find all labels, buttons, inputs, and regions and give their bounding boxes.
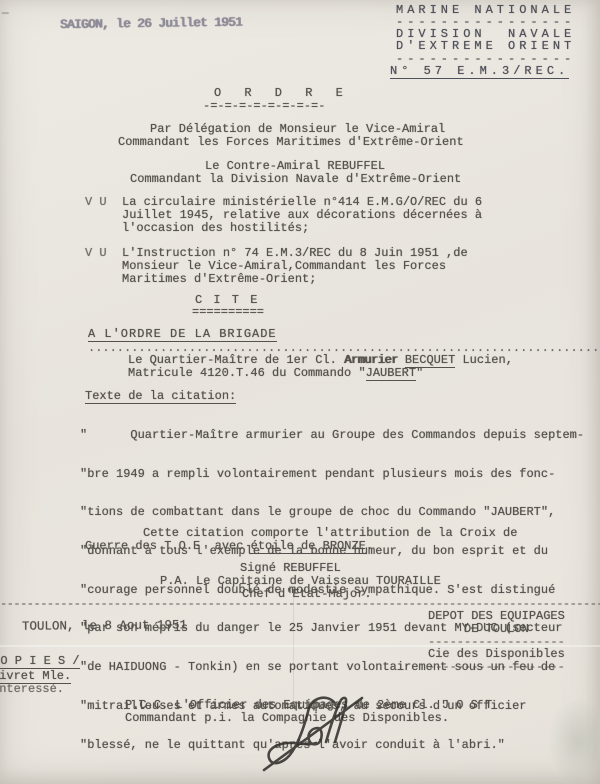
matricule-text: Matricule 4120.T.46 du Commando " (128, 366, 366, 380)
recipient-rank: Le Quartier-Maître de 1er Cl. (128, 353, 344, 367)
footer-place-date: TOULON, le 8 Aout 1951 (22, 619, 187, 633)
delegation-line2: Commandant les Forces Maritimes d'Extrêm… (118, 136, 464, 149)
award-text: Guerre des T.O.E avec (85, 539, 251, 553)
division-name-line2: D'EXTREME ORIENT (396, 40, 575, 52)
closing-quote: " (416, 366, 423, 380)
jost-signature (252, 688, 372, 778)
award-period: . (366, 539, 373, 553)
award-star-text: étoile de BRONZE (251, 539, 366, 554)
fold-crease-horizontal (0, 645, 600, 647)
date-line: SAIGON, le 26 Juillet 1951 (30, 4, 243, 46)
corner-pencil-mark: — (2, 8, 9, 21)
recipient-line2: Matricule 4120.T.46 du Commando "JAUBERT… (128, 367, 423, 380)
copies-item-interesse: Interessé. (0, 683, 64, 696)
vu1-line3: l'occasion des hostilités; (122, 222, 309, 235)
date-city: SAIGON, le 26 Juillet 1951 (60, 16, 242, 33)
award-line2: Guerre des T.O.E avec étoile de BRONZE. (85, 540, 373, 553)
copies-heading: C O P I E S / (0, 654, 80, 669)
commando-name: JAUBERT (366, 366, 416, 381)
depot-dash-2: ------------------- (428, 661, 565, 674)
citation-line: "bre 1949 a rempli volontairement pendan… (80, 468, 584, 481)
citation-line: " Quartier-Maître armurier au Groupe des… (80, 429, 584, 442)
vu2-line3: Maritimes d'Extrême-Orient; (122, 273, 316, 286)
cite-underline: ========== (192, 306, 264, 319)
citation-line: "tions de combattant dans le groupe de c… (80, 506, 584, 519)
reference-number: N° 57 E.M.3/REC. (390, 64, 569, 79)
vu-label-1: V U (85, 196, 107, 209)
order-heading: A L'ORDRE DE LA BRIGADE (88, 327, 277, 342)
document-page: — SAIGON, le 26 Juillet 1951 MARINE NATI… (0, 0, 600, 784)
spacer (398, 353, 405, 367)
recipient-firstname: Lucien, (455, 353, 513, 367)
admiral-line2: Commandant la Division Navale d'Extrême-… (130, 173, 461, 186)
vu-label-2: V U (85, 247, 107, 260)
citation-label: Texte de la citation: (85, 389, 236, 404)
fold-crease-vertical (293, 592, 294, 702)
paper-stain (548, 698, 598, 784)
title-underline: -=-=-=-=-=-=-=-=- (203, 100, 325, 113)
recipient-specialty-overstruck: Armurier (344, 353, 398, 367)
